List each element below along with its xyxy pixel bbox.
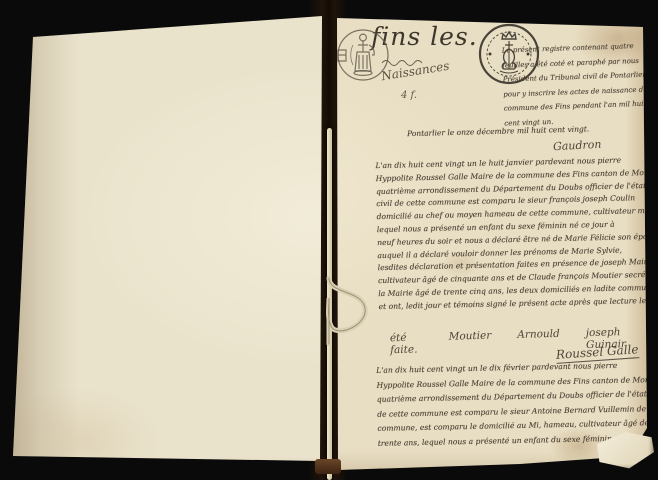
binding-cord-loop [318, 276, 372, 346]
figure-seal-stamp-icon [333, 25, 391, 87]
corner-annotation: premier G [549, 3, 596, 17]
president-signature: Gaudron [553, 138, 602, 154]
birth-act-1-text: L'an dix huit cent vingt un le huit janv… [375, 154, 654, 314]
witness-signature: Moutier [448, 330, 491, 355]
witness-signature: Arnould [517, 328, 560, 353]
certification-text: Le présent registre contenant quatrefeui… [502, 38, 657, 130]
act1-closing: été faite. [390, 331, 423, 356]
certification-dateline: Pontarlier le onze décembre mil huit cen… [407, 123, 647, 138]
margin-note-folio: 4 f. [401, 90, 417, 101]
birth-act-2-text: L'an dix huit cent vingt un le dix févri… [376, 358, 654, 451]
spine-bottom-edge [315, 459, 341, 474]
scanned-register-spread: premier G fins les. Naissances 4 f. [0, 0, 658, 480]
